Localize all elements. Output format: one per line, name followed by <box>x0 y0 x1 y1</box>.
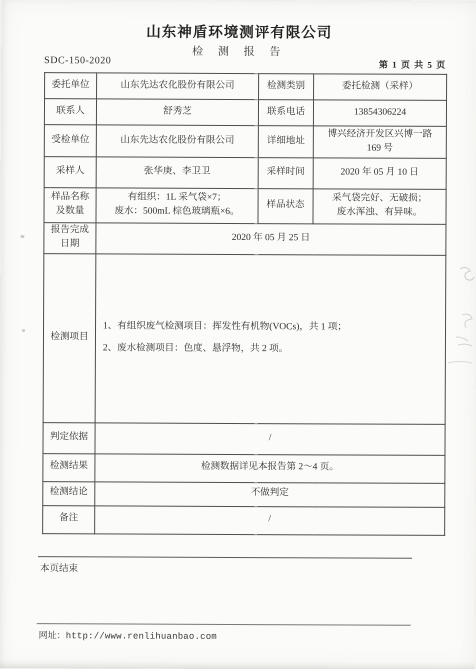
scanned-report-page: 山东神盾环境测评有限公司 检 测 报 告 SDC-150-2020 第 1 页 … <box>0 0 476 669</box>
field-label: 采样人 <box>44 157 96 188</box>
scan-speck <box>22 329 25 332</box>
field-value: 不做判定 <box>95 481 445 507</box>
field-value: 13854306224 <box>313 100 446 127</box>
field-value: 2020 年 05 月 25 日 <box>96 223 446 255</box>
test-item-line-1: 1、有组织废气检测项目：挥发性有机物(VOCs)，共 1 项； <box>99 317 442 340</box>
sample-state-line-1: 采气袋完好、无破损； <box>317 193 443 207</box>
field-label: 采样时间 <box>258 158 313 189</box>
field-label: 报告完成日期 <box>44 223 96 254</box>
test-item-line-2: 2、废水检测项目：色度、悬浮物，共 2 项。 <box>99 338 442 361</box>
company-name: 山东神盾环境测评有限公司 <box>1 20 476 43</box>
field-label: 备注 <box>43 505 95 533</box>
field-label: 受检单位 <box>44 125 96 157</box>
table-row: 采样人 张华庚、李卫卫 采样时间 2020 年 05 月 10 日 <box>44 157 446 190</box>
field-value: 1、有组织废气检测项目：挥发性有机物(VOCs)，共 1 项； 2、废水检测项目… <box>95 253 446 424</box>
table-row: 检测结果 检测数据详见本报告第 2～4 页。 <box>43 453 445 483</box>
sample-state-line-2: 废水浑浊、有异味。 <box>316 206 442 220</box>
field-value: 采气袋完好、无破损； 废水浑浊、有异味。 <box>313 189 446 225</box>
field-label: 样品名称及数量 <box>44 188 96 223</box>
field-label: 检测结果 <box>43 453 95 481</box>
footer-website: 网址：http://www.renlihuanbao.com <box>39 628 217 642</box>
table-row: 报告完成日期 2020 年 05 月 25 日 <box>44 223 446 255</box>
table-row: 样品名称及数量 有组织：1L 采气袋×7； 废水：500mL 棕色玻璃瓶×6。 … <box>44 188 446 225</box>
address-line-2: 169 号 <box>317 142 443 156</box>
field-label: 详细地址 <box>258 126 313 158</box>
page-end-note: 本页结束 <box>40 560 78 574</box>
field-value: / <box>95 505 445 535</box>
website-url: http://www.renlihuanbao.com <box>66 631 217 642</box>
field-value: / <box>95 422 445 455</box>
field-label: 委托单位 <box>45 73 97 99</box>
table-row: 判定依据 / <box>43 422 445 455</box>
field-value: 山东先达农化股份有限公司 <box>97 73 259 100</box>
field-label: 判定依据 <box>43 422 95 453</box>
field-label: 检测项目 <box>43 253 96 422</box>
address-line-1: 博兴经济开发区兴博一路 <box>317 128 443 142</box>
field-value: 委托检测（采样） <box>314 74 447 101</box>
table-row: 委托单位 山东先达农化股份有限公司 检测类别 委托检测（采样） <box>45 73 447 101</box>
field-value: 检测数据详见本报告第 2～4 页。 <box>95 453 445 483</box>
footer-rule <box>37 623 411 626</box>
website-label: 网址： <box>39 630 66 640</box>
table-row: 受检单位 山东先达农化股份有限公司 详细地址 博兴经济开发区兴博一路 169 号 <box>44 125 446 159</box>
page-indicator: 第 1 页 共 5 页 <box>379 58 446 71</box>
field-value: 博兴经济开发区兴博一路 169 号 <box>313 126 446 159</box>
sample-desc-line-1: 有组织：1L 采气袋×7； <box>100 192 255 206</box>
table-row: 备注 / <box>43 505 445 535</box>
field-label: 样品状态 <box>258 189 313 224</box>
table-row: 检测结论 不做判定 <box>43 481 445 507</box>
sample-desc-line-2: 废水：500mL 棕色玻璃瓶×6。 <box>100 205 255 219</box>
table-row: 联系人 舒秀芝 联系电话 13854306224 <box>44 99 446 127</box>
field-label: 联系人 <box>44 99 96 125</box>
field-label: 检测类别 <box>259 74 314 100</box>
field-value: 山东先达农化股份有限公司 <box>96 125 258 158</box>
field-value: 2020 年 05 月 10 日 <box>313 158 446 190</box>
report-meta-row: SDC-150-2020 第 1 页 共 5 页 <box>42 55 446 71</box>
scan-edge-shadow <box>0 660 475 669</box>
margin-pencil-marks <box>442 263 476 373</box>
page-end-rule <box>38 556 412 559</box>
field-value: 舒秀芝 <box>96 99 258 126</box>
field-value: 张华庚、李卫卫 <box>96 157 258 189</box>
field-label: 检测结论 <box>43 481 95 505</box>
report-number: SDC-150-2020 <box>44 55 111 66</box>
field-value: 有组织：1L 采气袋×7； 废水：500mL 棕色玻璃瓶×6。 <box>96 188 258 224</box>
field-label: 联系电话 <box>258 100 313 126</box>
report-info-table: 委托单位 山东先达农化股份有限公司 检测类别 委托检测（采样） 联系人 舒秀芝 … <box>42 72 447 535</box>
table-row: 检测项目 1、有组织废气检测项目：挥发性有机物(VOCs)，共 1 项； 2、废… <box>43 253 446 424</box>
scan-speck <box>20 235 24 238</box>
